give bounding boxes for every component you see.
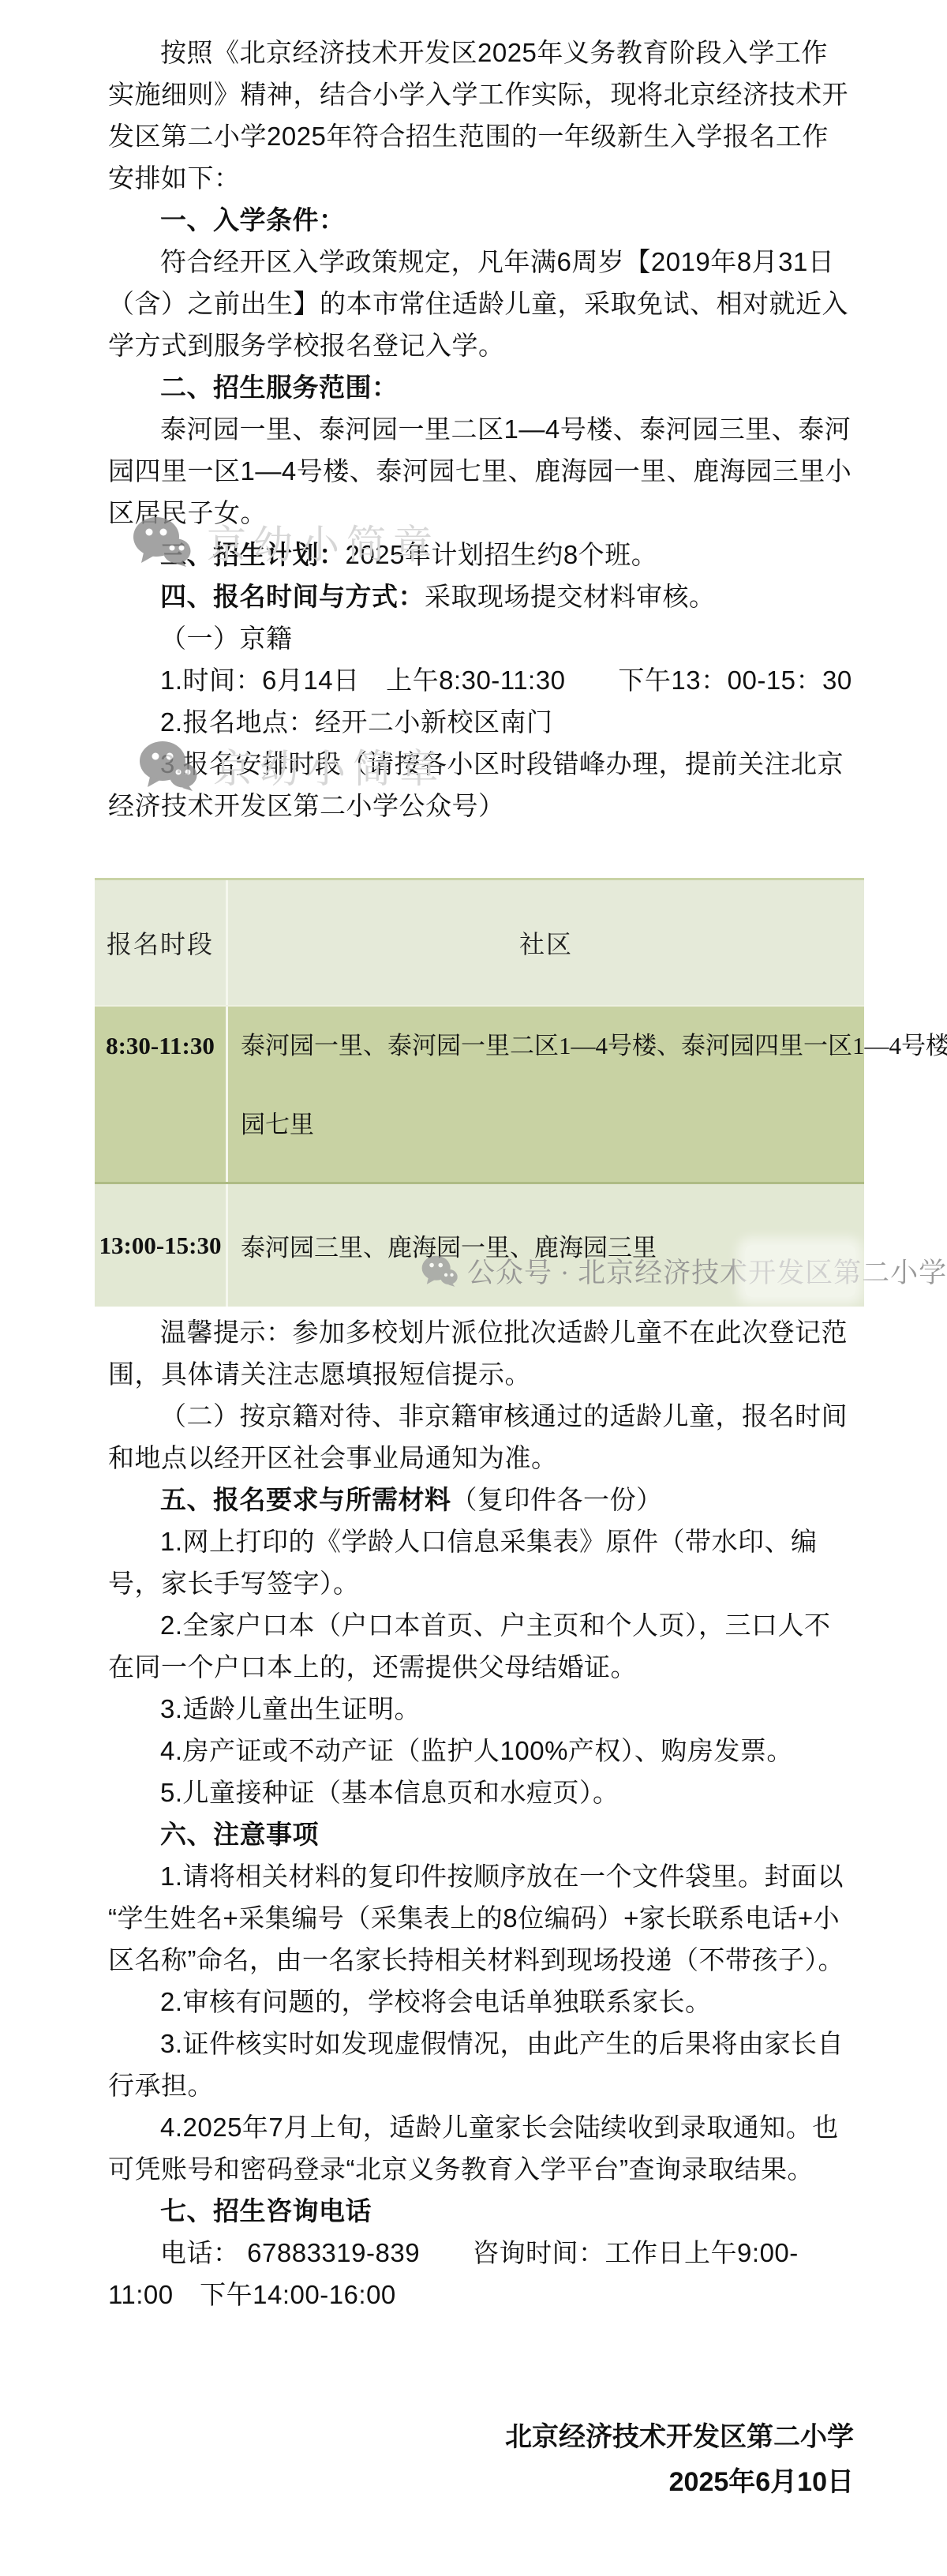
text-line: 和地点以经开区社会事业局通知为准。 xyxy=(108,1437,947,1479)
text-line: 2.全家户口本（户口本首页、户主页和个人页），三口人不 xyxy=(108,1604,947,1646)
text-segment: 1.时间：6月14日 上午8:30-11:30 下午13：00-15：30 xyxy=(160,666,852,695)
highlight-patch xyxy=(745,1245,855,1297)
text-line: 4.房产证或不动产证（监护人100%产权）、购房发票。 xyxy=(108,1730,947,1772)
watermark: 京幼小简章 xyxy=(139,737,446,794)
text-segment: 4.2025年7月上旬，适龄儿童家长会陆续收到录取通知。也 xyxy=(160,2113,839,2142)
text-segment: 安排如下： xyxy=(108,163,241,193)
text-segment: 按照《北京经济技术开发区2025年义务教育阶段入学工作 xyxy=(160,38,828,67)
watermark-text: 京幼小简章 xyxy=(213,737,446,794)
text-segment: 行承担。 xyxy=(108,2071,214,2100)
text-line: 区名称”命名，由一名家长持相关材料到现场投递（不带孩子）。 xyxy=(108,1939,947,1981)
text-line: 5.儿童接种证（基本信息页和水痘页）。 xyxy=(108,1772,947,1813)
text-segment: 泰河园一里、泰河园一里二区1—4号楼、泰河园三里、泰河 xyxy=(160,414,851,444)
text-line: 七、招生咨询电话 xyxy=(108,2190,947,2232)
table-cell-time: 8:30-11:30 xyxy=(95,1007,228,1182)
text-line: 园四里一区1—4号楼、泰河园七里、鹿海园一里、鹿海园三里小 xyxy=(108,450,947,492)
text-segment: 11:00 下午14:00-16:00 xyxy=(108,2280,396,2309)
text-line: “学生姓名+采集编号（采集表上的8位编码）+家长联系电话+小 xyxy=(108,1897,947,1939)
watermark: 京幼小简章 xyxy=(133,513,440,570)
table-header-community: 社区 xyxy=(228,880,864,1005)
watermark-text: 公众号 · 北京经济技术开发区第二小学 xyxy=(467,1251,947,1291)
document-body-bottom: 温馨提示：参加多校划片派位批次适龄儿童不在此次登记范围，具体请关注志愿填报短信提… xyxy=(0,1311,947,2315)
registration-schedule-table: 报名时段 社区 8:30-11:30泰河园一里、泰河园一里二区1—4号楼、泰河园… xyxy=(95,878,864,1307)
text-line: 3.证件核实时如发现虚假情况，由此产生的后果将由家长自 xyxy=(108,2023,947,2064)
text-line: 电话： 67883319-839 咨询时间：工作日上午9:00- xyxy=(108,2232,947,2274)
text-line: 实施细则》精神，结合小学入学工作实际，现将北京经济技术开 xyxy=(108,73,947,115)
wechat-icon xyxy=(133,516,191,567)
text-line: 4.2025年7月上旬，适龄儿童家长会陆续收到录取通知。也 xyxy=(108,2106,947,2148)
text-line: 号，家长手写签字）。 xyxy=(108,1562,947,1604)
text-line: 泰河园一里、泰河园一里二区1—4号楼、泰河园三里、泰河 xyxy=(108,408,947,450)
text-line: 按照《北京经济技术开发区2025年义务教育阶段入学工作 xyxy=(108,32,947,73)
text-segment: （二）按京籍对待、非京籍审核通过的适龄儿童，报名时间 xyxy=(160,1401,848,1430)
text-line: （含）之前出生】的本市常住适龄儿童，采取免试、相对就近入 xyxy=(108,283,947,324)
signature-block: 北京经济技术开发区第二小学 2025年6月10日 xyxy=(0,2415,947,2505)
text-segment: 2.审核有问题的，学校将会电话单独联系家长。 xyxy=(160,1987,712,2016)
text-segment: “学生姓名+采集编号（采集表上的8位编码）+家长联系电话+小 xyxy=(108,1903,840,1933)
text-line: 符合经开区入学政策规定，凡年满6周岁【2019年8月31日 xyxy=(108,241,947,283)
text-segment: （复印件各一份） xyxy=(451,1485,663,1514)
text-line: 温馨提示：参加多校划片派位批次适龄儿童不在此次登记范 xyxy=(108,1311,947,1353)
text-segment: 园四里一区1—4号楼、泰河园七里、鹿海园一里、鹿海园三里小 xyxy=(108,456,852,486)
text-line: （二）按京籍对待、非京籍审核通过的适龄儿童，报名时间 xyxy=(108,1395,947,1437)
text-segment-bold: 四、报名时间与方式： xyxy=(160,582,425,611)
text-segment: 发区第二小学2025年符合招生范围的一年级新生入学报名工作 xyxy=(108,122,829,151)
text-segment: （含）之前出生】的本市常住适龄儿童，采取免试、相对就近入 xyxy=(108,289,848,318)
text-segment: 可凭账号和密码登录“北京义务教育入学平台”查询录取结果。 xyxy=(108,2154,814,2184)
text-line: 1.请将相关材料的复印件按顺序放在一个文件袋里。封面以 xyxy=(108,1855,947,1897)
text-segment: 区名称”命名，由一名家长持相关材料到现场投递（不带孩子）。 xyxy=(108,1945,844,1974)
community-line: 园七里 xyxy=(241,1086,947,1164)
text-segment-bold: 二、招生服务范围： xyxy=(160,373,399,402)
text-segment: 3.证件核实时如发现虚假情况，由此产生的后果将由家长自 xyxy=(160,2029,844,2058)
text-line: 3.适龄儿童出生证明。 xyxy=(108,1688,947,1730)
text-line: 行承担。 xyxy=(108,2064,947,2106)
table-cell-time: 13:00-15:30 xyxy=(95,1184,228,1307)
text-line: 一、入学条件： xyxy=(108,199,947,241)
table-row: 8:30-11:30泰河园一里、泰河园一里二区1—4号楼、泰河园四里一区1—4号… xyxy=(95,1005,864,1182)
wechat-icon xyxy=(139,741,197,791)
text-line: 1.时间：6月14日 上午8:30-11:30 下午13：00-15：30 xyxy=(108,659,947,701)
text-line: 四、报名时间与方式：采取现场提交材料审核。 xyxy=(108,576,947,617)
text-segment: 温馨提示：参加多校划片派位批次适龄儿童不在此次登记范 xyxy=(160,1318,848,1347)
community-line: 泰河园一里、泰河园一里二区1—4号楼、泰河园四里一区1—4号楼、泰河 xyxy=(241,1007,947,1086)
table-header-row: 报名时段 社区 xyxy=(95,880,864,1005)
text-segment: 围，具体请关注志愿填报短信提示。 xyxy=(108,1359,531,1389)
text-line: 安排如下： xyxy=(108,157,947,199)
text-segment-bold: 五、报名要求与所需材料 xyxy=(160,1485,451,1514)
text-segment: 符合经开区入学政策规定，凡年满6周岁【2019年8月31日 xyxy=(160,247,834,276)
text-segment: 采取现场提交材料审核。 xyxy=(425,582,716,611)
text-segment: 2.全家户口本（户口本首页、户主页和个人页），三口人不 xyxy=(160,1610,831,1640)
watermark-text: 京幼小简章 xyxy=(207,513,440,570)
table-header-time: 报名时段 xyxy=(95,880,228,1005)
text-line: 围，具体请关注志愿填报短信提示。 xyxy=(108,1353,947,1395)
text-segment: （一）京籍 xyxy=(160,624,293,653)
enrollment-notice-page: 京幼小简章 京幼小简章 按照《北京经济技术开发区2025年义务教育阶段入学工作实… xyxy=(0,0,947,2576)
text-segment: 学方式到服务学校报名登记入学。 xyxy=(108,331,505,360)
text-line: 六、注意事项 xyxy=(108,1813,947,1855)
text-segment: 实施细则》精神，结合小学入学工作实际，现将北京经济技术开 xyxy=(108,80,848,109)
text-line: 11:00 下午14:00-16:00 xyxy=(108,2274,947,2315)
document-body-top: 按照《北京经济技术开发区2025年义务教育阶段入学工作实施细则》精神，结合小学入… xyxy=(0,0,947,827)
text-line: （一）京籍 xyxy=(108,617,947,659)
wechat-icon xyxy=(421,1255,458,1287)
text-line: 发区第二小学2025年符合招生范围的一年级新生入学报名工作 xyxy=(108,115,947,157)
text-segment-bold: 一、入学条件： xyxy=(160,205,346,234)
text-line: 在同一个户口本上的，还需提供父母结婚证。 xyxy=(108,1646,947,1688)
text-segment: 3.适龄儿童出生证明。 xyxy=(160,1694,421,1723)
text-line: 二、招生服务范围： xyxy=(108,366,947,408)
text-segment-bold: 六、注意事项 xyxy=(160,1820,319,1849)
text-segment: 1.网上打印的《学龄人口信息采集表》原件（带水印、编 xyxy=(160,1527,818,1556)
text-line: 可凭账号和密码登录“北京义务教育入学平台”查询录取结果。 xyxy=(108,2148,947,2190)
text-segment: 和地点以经开区社会事业局通知为准。 xyxy=(108,1443,558,1472)
text-segment: 2.报名地点：经开二小新校区南门 xyxy=(160,707,553,737)
text-segment: 1.请将相关材料的复印件按顺序放在一个文件袋里。封面以 xyxy=(160,1862,844,1891)
text-segment: 号，家长手写签字）。 xyxy=(108,1569,360,1598)
text-segment-bold: 七、招生咨询电话 xyxy=(160,2196,372,2225)
watermark: 公众号 · 北京经济技术开发区第二小学 xyxy=(421,1251,947,1291)
text-line: 1.网上打印的《学龄人口信息采集表》原件（带水印、编 xyxy=(108,1520,947,1562)
text-line: 学方式到服务学校报名登记入学。 xyxy=(108,324,947,366)
text-segment: 经济技术开发区第二小学公众号） xyxy=(108,791,505,820)
text-segment: 4.房产证或不动产证（监护人100%产权）、购房发票。 xyxy=(160,1736,793,1765)
text-segment: 5.儿童接种证（基本信息页和水痘页）。 xyxy=(160,1778,619,1807)
text-line: 2.审核有问题的，学校将会电话单独联系家长。 xyxy=(108,1981,947,2023)
school-name: 北京经济技术开发区第二小学 xyxy=(0,2415,854,2460)
table-cell-community: 泰河园一里、泰河园一里二区1—4号楼、泰河园四里一区1—4号楼、泰河园七里 xyxy=(228,1007,947,1182)
notice-date: 2025年6月10日 xyxy=(0,2460,854,2505)
text-segment: 电话： 67883319-839 咨询时间：工作日上午9:00- xyxy=(160,2238,799,2267)
text-line: 五、报名要求与所需材料（复印件各一份） xyxy=(108,1479,947,1520)
text-segment: 在同一个户口本上的，还需提供父母结婚证。 xyxy=(108,1652,637,1682)
